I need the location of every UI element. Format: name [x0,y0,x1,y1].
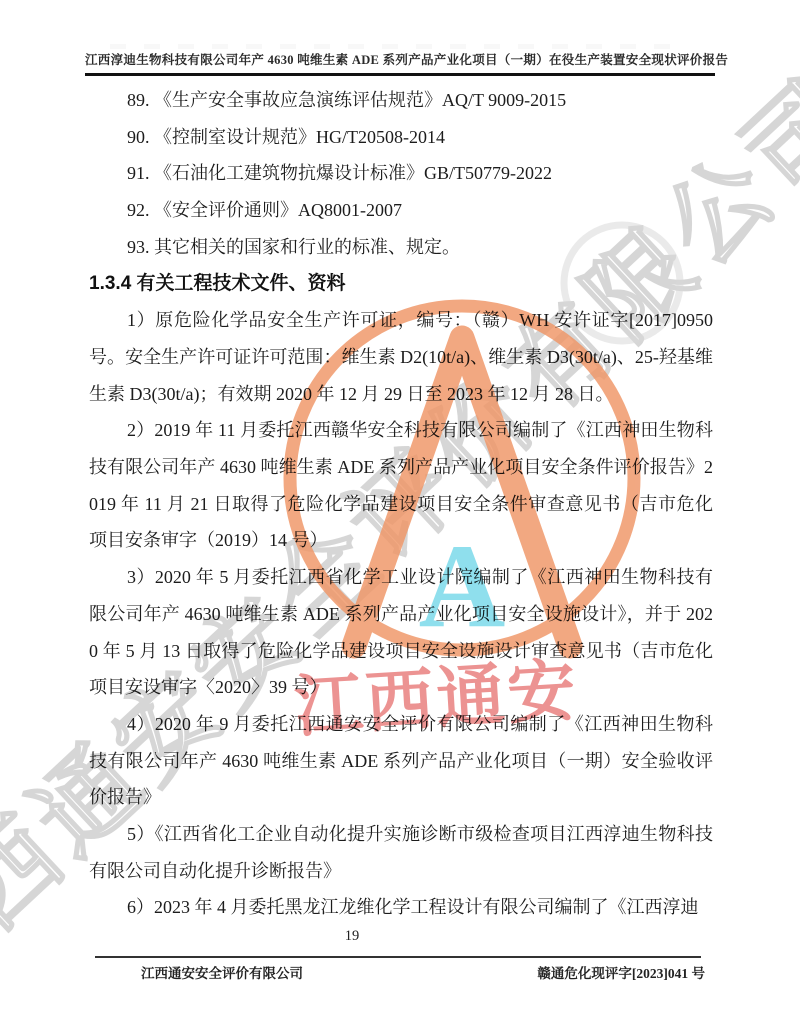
body-paragraph: 3）2020 年 5 月委托江西省化学工业设计院编制了《江西神田生物科技有限公司… [89,559,713,706]
body-paragraph: 1）原危险化学品安全生产许可证，编号：（赣）WH 安许证字[2017]0950 … [89,302,713,412]
document-page: 江西淳迪生物科技有限公司年产 4630 吨维生素 ADE 系列产品产业化项目（一… [0,0,800,1035]
reference-item: 91. 《石油化工建筑物抗爆设计标准》GB/T50779-2022 [89,155,713,192]
footer-rule [95,956,701,958]
reference-item: 93. 其它相关的国家和行业的标准、规定。 [89,229,713,266]
body-paragraph: 6）2023 年 4 月委托黑龙江龙维化学工程设计有限公司编制了《江西淳迪 [89,889,713,926]
paragraph-list: 1）原危险化学品安全生产许可证，编号：（赣）WH 安许证字[2017]0950 … [89,302,713,926]
scan-artifact [110,44,670,49]
footer-document-number: 赣通危化现评字[2023]041 号 [537,962,705,982]
header-rule [85,73,715,76]
page-footer: 江西通安安全评价有限公司 赣通危化现评字[2023]041 号 [95,962,705,982]
body-paragraph: 2）2019 年 11 月委托江西赣华安全科技有限公司编制了《江西神田生物科技有… [89,412,713,559]
section-heading: 1.3.4 有关工程技术文件、资料 [89,266,713,303]
document-content: 89. 《生产安全事故应急演练评估规范》AQ/T 9009-201590. 《控… [89,82,713,926]
footer-company: 江西通安安全评价有限公司 [141,962,303,982]
reference-list: 89. 《生产安全事故应急演练评估规范》AQ/T 9009-201590. 《控… [89,82,713,266]
page-number: 19 [0,928,704,945]
page-header: 江西淳迪生物科技有限公司年产 4630 吨维生素 ADE 系列产品产业化项目（一… [85,50,715,76]
reference-item: 89. 《生产安全事故应急演练评估规范》AQ/T 9009-2015 [89,82,713,119]
reference-item: 92. 《安全评价通则》AQ8001-2007 [89,192,713,229]
body-paragraph: 4）2020 年 9 月委托江西通安安全评价有限公司编制了《江西神田生物科技有限… [89,706,713,816]
header-title: 江西淳迪生物科技有限公司年产 4630 吨维生素 ADE 系列产品产业化项目（一… [85,50,715,68]
body-paragraph: 5）《江西省化工企业自动化提升实施诊断市级检查项目江西淳迪生物科技有限公司自动化… [89,816,713,889]
reference-item: 90. 《控制室设计规范》HG/T20508-2014 [89,119,713,156]
